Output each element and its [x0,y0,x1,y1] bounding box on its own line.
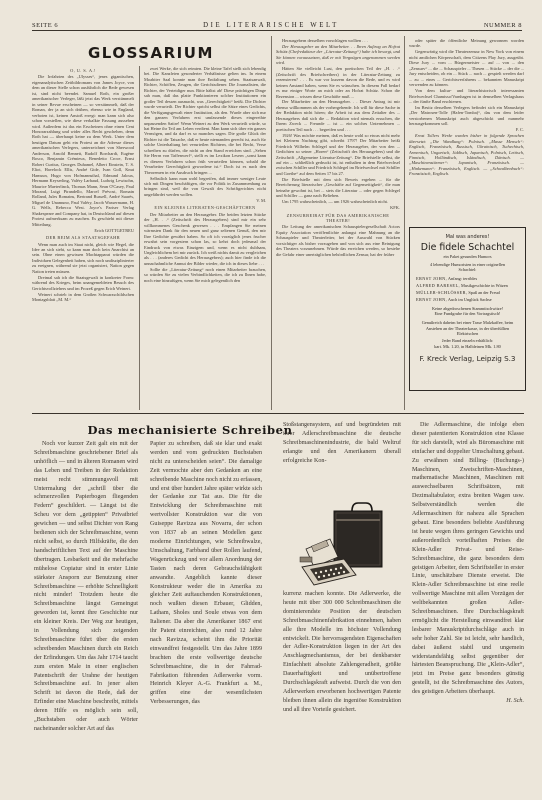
page-number: SEITE 6 [32,22,58,29]
glossarium-column-2: zwei Werke, die sich reimten. Die kleine… [144,66,266,410]
ad-book-item: ERNST JOHN, Anfang: terribles [416,276,519,281]
ad-book-item: ERNST JOHN, Auch im Unglück Sachse [416,297,519,302]
running-head: SEITE 6 DIE LITERARISCHE WELT NUMMER 8 [32,20,522,30]
item-heading: O, U. S. A.! [32,68,134,73]
ad-price: kart. Mk. 1.20, in Halbleinen Mk. 1.80 [410,344,525,349]
paragraph: Gegenwärtig wird die Theaterzensur in Ne… [409,49,524,87]
ad-book-item: ALFRED BARESEL, Musikgeschichte in Witze… [416,283,519,288]
ad-intro: 4 lebendige Humoristen in einer originel… [424,262,511,273]
paragraph: oder später die öffentliche Meinung gewo… [409,38,524,49]
typewriter-case-icon [334,503,382,567]
newspaper-page: SEITE 6 DIE LITERARISCHE WELT NUMMER 8 G… [0,0,542,800]
glossarium-column-4: oder später die öffentliche Meinung gewo… [409,38,524,220]
ad-tagline: Mal was anderes! [410,235,525,240]
article-column-2: Papier zu schreiben, daß sie klar und ex… [150,440,262,792]
paragraph: Von dem kultur- und literarhistorisch in… [409,88,524,104]
item-heading: ZENSURBEIRAT FÜR DAS AMERIKANISCHE THEAT… [276,213,400,224]
column-rule [404,36,405,410]
paragraph: Der Mitarbeiter an den Herausgeber. . . … [276,99,400,132]
paragraph: Stoßstangensystem, auf und begründeten m… [283,421,401,466]
item-heading: DER BEIM ALS STAATSGEFAHR [32,235,134,240]
paragraph: Noch vor kurzer Zeit galt ein mit der Sc… [34,440,138,734]
header-rule [32,30,522,31]
typewriter-illustration [296,497,401,587]
ad-blurb: Genußreich daheim bei einer Tasse Malzka… [416,320,519,336]
section-divider [32,413,524,414]
paragraph: Der Herausgeber an den Mitarbeiter. . . … [276,44,400,66]
paragraph: Im Besitz desselben Verlegers befindet s… [409,105,524,127]
glossarium-column-3: Herausgebern desselben vorschlagen wollt… [276,38,400,410]
advertisement-box: Mal was anderes! Die fidele Schachtel ei… [409,227,526,391]
byline: F. C. [409,127,524,132]
paragraph: Herausgebern desselben vorschlagen wollt… [276,38,400,43]
paragraph: Der Mitarbeiter an den Herausgeber. Die … [144,212,266,267]
ad-title: Die fidele Schachtel [410,242,525,253]
item-heading: EIN KLEINES LITERATEN-GESCHÄFTCHEN [144,205,266,210]
paragraph: Ernst Tollers Werke wurden bisher in fol… [409,133,524,177]
paragraph: Dreimal sah ich die Staatsgewalt in konk… [32,275,134,291]
paragraph: Weinert schrieb in dem Großen Schwarzsch… [32,292,134,303]
section-title: GLOSSARIUM [88,44,208,62]
article-column-3-top: Stoßstangensystem, auf und begründeten m… [283,421,401,481]
article-column-3-bottom: kurrenz machen konnte. Die Adlerwerke, d… [283,590,401,792]
byline: KFK. [276,205,400,210]
paragraph: Die Leitung der amerikanischen Schauspie… [276,224,400,257]
paragraph: zwei Werke, die sich reimten. Die kleine… [144,66,266,175]
paragraph: Papier zu schreiben, daß sie klar und ex… [150,440,262,707]
paragraph: Selbstlich kann man wohl begreifen, daß … [144,176,266,198]
paragraph: kurrenz machen konnte. Die Adlerwerke, d… [283,590,401,715]
column-rule [139,66,140,410]
paragraph: Hätten Sie vielleicht Lust, den poetisch… [276,66,400,99]
column-rule [271,36,272,410]
paragraph: Sollte die „Literatur-Zeitung“ noch eine… [144,267,266,283]
paragraph: Wenn man auch im Staat nicht, gleich wie… [32,242,134,275]
paragraph: Die Adlermaschine, die infolge eben dies… [412,421,524,697]
byline: Erich GOTTGETREU [32,228,134,233]
article-signature: H. Sch. [506,697,524,706]
ad-book-item: MÜLLER-SCHLÖSSER, Spaß an der Freud [416,290,519,295]
article-title: Das mechanisierte Schreiben [80,423,300,437]
article-column-4: Die Adlermaschine, die infolge eben dies… [412,421,524,793]
byline: V. M. [144,198,266,203]
glossarium-column-1: O, U. S. A.! Die Irrfahrten des „Ulysses… [32,66,134,410]
article-column-1: Noch vor kurzer Zeit galt ein mit der Sc… [34,440,138,792]
paragraph: 1926! Was möchte meinen, daß es heute wo… [276,133,400,177]
paragraph: Die Briefstelle mit dem sich Beweis erge… [276,177,400,199]
ad-slogan: Eine Fundgrube für den Vortragstisch! [410,311,525,316]
ad-subtitle: ein Paket gesunden Humors [410,254,525,259]
paragraph: Die Irrfahrten des „Ulysses“, jenes giga… [32,74,134,227]
ad-book-list: ERNST JOHN, Anfang: terribles ALFRED BAR… [410,276,525,302]
ad-publisher: F. Kreck Verlag, Leipzig S.3 [410,356,525,361]
publication-title: DIE LITERARISCHE WELT [203,22,339,29]
issue-number: NUMMER 8 [484,22,522,29]
paragraph: Um 1795 wahrscheinlich, — um 1926 wahrsc… [276,199,400,204]
